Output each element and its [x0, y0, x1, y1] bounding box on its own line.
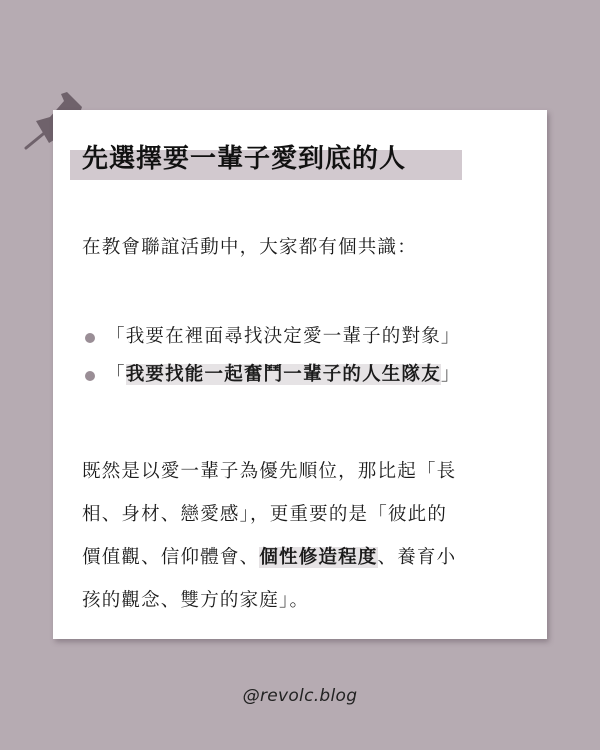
paragraph-segment: 價值觀、信仰體會、 [82, 547, 259, 568]
intro-text: 在教會聯誼活動中，大家都有個共識： [82, 233, 417, 263]
list-item: 「我要在裡面尋找決定愛一輩子的對象」 [82, 320, 461, 358]
paragraph-line: 價值觀、信仰體會、個性修造程度、養育小 [82, 536, 522, 579]
bullet-text-highlighted: 我要找能一起奮鬥一輩子的人生隊友 [126, 364, 441, 385]
list-item: 「我要找能一起奮鬥一輩子的人生隊友」 [82, 358, 461, 396]
paragraph-line: 相、身材、戀愛感」，更重要的是「彼此的 [82, 493, 522, 536]
quote-open: 「 [106, 364, 126, 385]
quote-close: 」 [441, 326, 461, 347]
bullet-dot-icon [85, 371, 95, 381]
title-block: 先選擇要一輩子愛到底的人 [70, 139, 394, 180]
quote-open: 「 [106, 326, 126, 347]
bullet-dot-icon [85, 333, 95, 343]
page-title: 先選擇要一輩子愛到底的人 [82, 139, 406, 179]
content-card: 先選擇要一輩子愛到底的人 在教會聯誼活動中，大家都有個共識： 「我要在裡面尋找決… [53, 110, 547, 639]
paragraph-segment: 、養育小 [378, 547, 457, 568]
paragraph-highlight: 個性修造程度 [259, 547, 377, 568]
blog-handle: @revolc.blog [0, 686, 600, 706]
paragraph-line: 孩的觀念、雙方的家庭」。 [82, 579, 522, 622]
paragraph-line: 既然是以愛一輩子為優先順位，那比起「長 [82, 450, 522, 493]
body-paragraph: 既然是以愛一輩子為優先順位，那比起「長 相、身材、戀愛感」，更重要的是「彼此的 … [82, 450, 522, 622]
bullet-text: 我要在裡面尋找決定愛一輩子的對象 [126, 326, 441, 347]
bullet-list: 「我要在裡面尋找決定愛一輩子的對象」 「我要找能一起奮鬥一輩子的人生隊友」 [82, 320, 461, 396]
quote-close: 」 [441, 364, 461, 385]
